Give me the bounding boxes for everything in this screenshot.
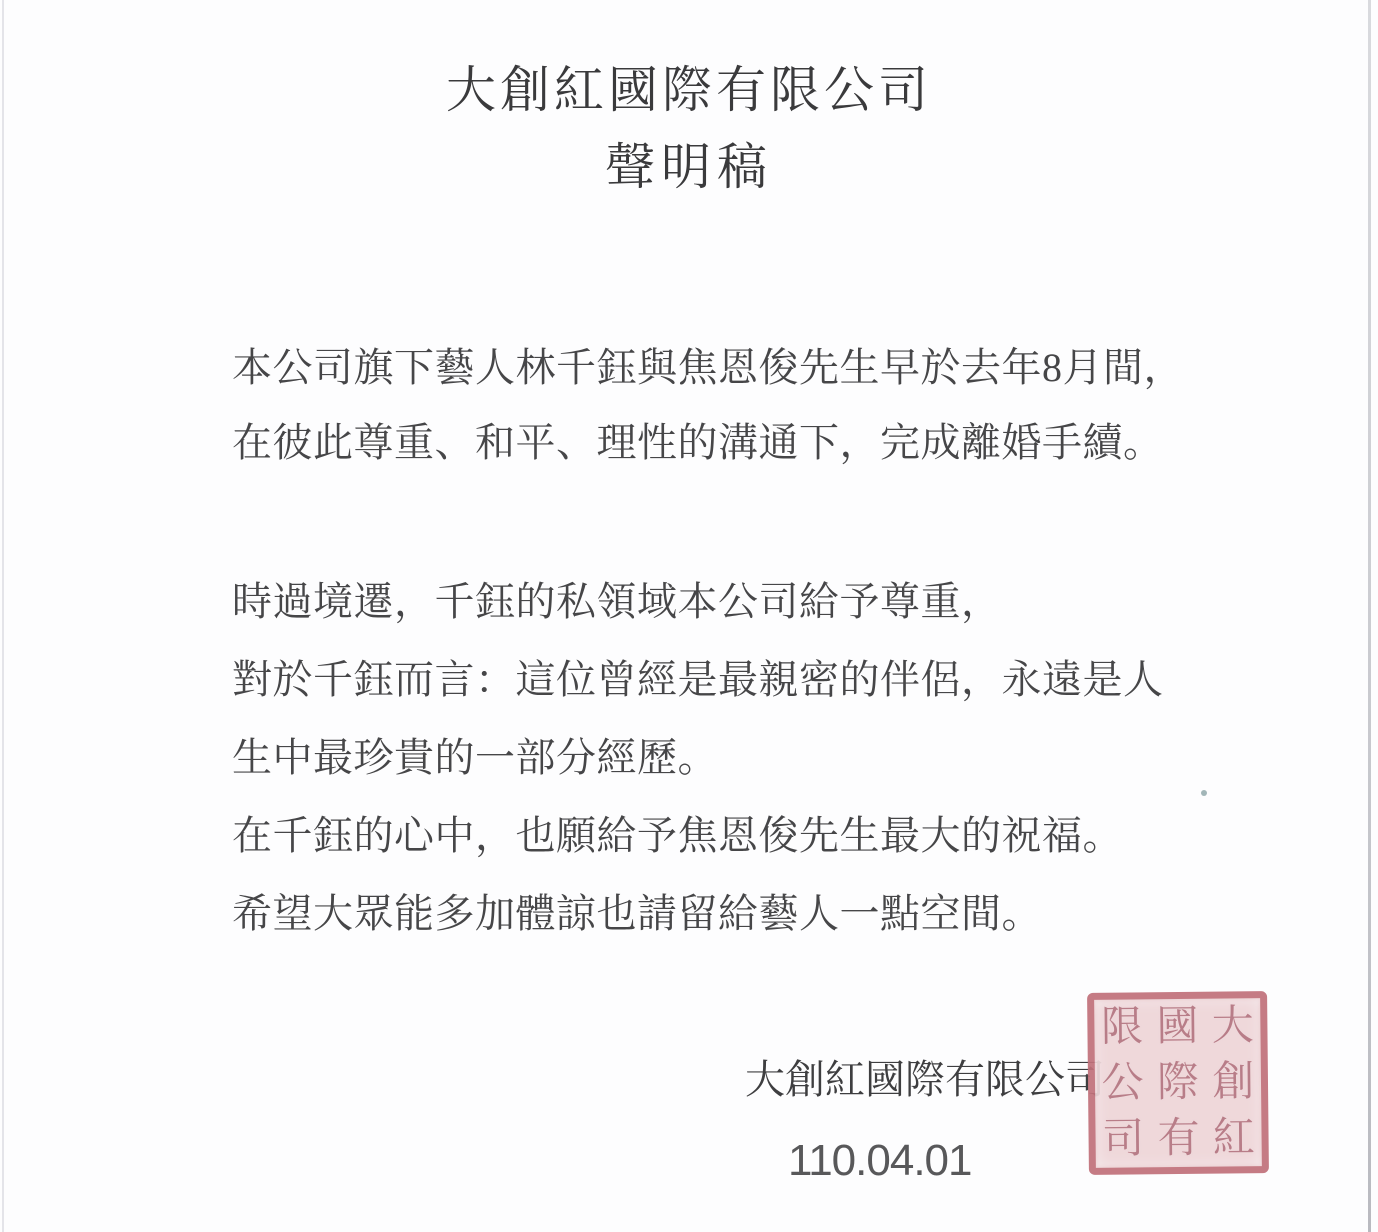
seal-character: 際 bbox=[1157, 1062, 1199, 1104]
text-line: 希望大眾能多加體諒也請留給藝人一點空間。 bbox=[232, 875, 1252, 953]
seal-character: 大 bbox=[1212, 1005, 1254, 1047]
paragraph-1: 本公司旗下藝人林千鈺與焦恩俊先生早於去年8月間， 在彼此尊重、和平、理性的溝通下… bbox=[232, 330, 1252, 480]
text-line: 在千鈺的心中，也願給予焦恩俊先生最大的祝福。 bbox=[232, 797, 1252, 875]
document-date: 110.04.01 bbox=[788, 1136, 971, 1186]
company-seal: 限 國 大 公 際 創 司 有 紅 bbox=[1087, 991, 1269, 1175]
scan-noise-speck bbox=[1201, 790, 1207, 796]
statement-subtitle: 聲明稿 bbox=[0, 130, 1378, 205]
text-line: 本公司旗下藝人林千鈺與焦恩俊先生早於去年8月間， bbox=[232, 330, 1252, 405]
document-header: 大創紅國際有限公司 聲明稿 bbox=[0, 50, 1378, 205]
seal-character: 國 bbox=[1156, 1006, 1198, 1048]
text-line: 時過境遷，千鈺的私領域本公司給予尊重， bbox=[232, 563, 1252, 641]
paragraph-2: 時過境遷，千鈺的私領域本公司給予尊重， 對於千鈺而言：這位曾經是最親密的伴侶，永… bbox=[232, 563, 1252, 953]
text-line: 生中最珍貴的一部分經歷。 bbox=[232, 719, 1252, 797]
seal-character: 限 bbox=[1101, 1006, 1143, 1048]
seal-character: 司 bbox=[1102, 1118, 1144, 1160]
seal-character: 紅 bbox=[1213, 1117, 1255, 1159]
seal-character: 創 bbox=[1212, 1061, 1254, 1103]
signature-company-name: 大創紅國際有限公司 bbox=[745, 1048, 1105, 1105]
company-title: 大創紅國際有限公司 bbox=[0, 50, 1378, 130]
text-line: 在彼此尊重、和平、理性的溝通下，完成離婚手續。 bbox=[232, 405, 1252, 480]
seal-character: 有 bbox=[1157, 1118, 1199, 1160]
seal-character: 公 bbox=[1101, 1062, 1143, 1104]
text-line: 對於千鈺而言：這位曾經是最親密的伴侶，永遠是人 bbox=[232, 641, 1252, 719]
